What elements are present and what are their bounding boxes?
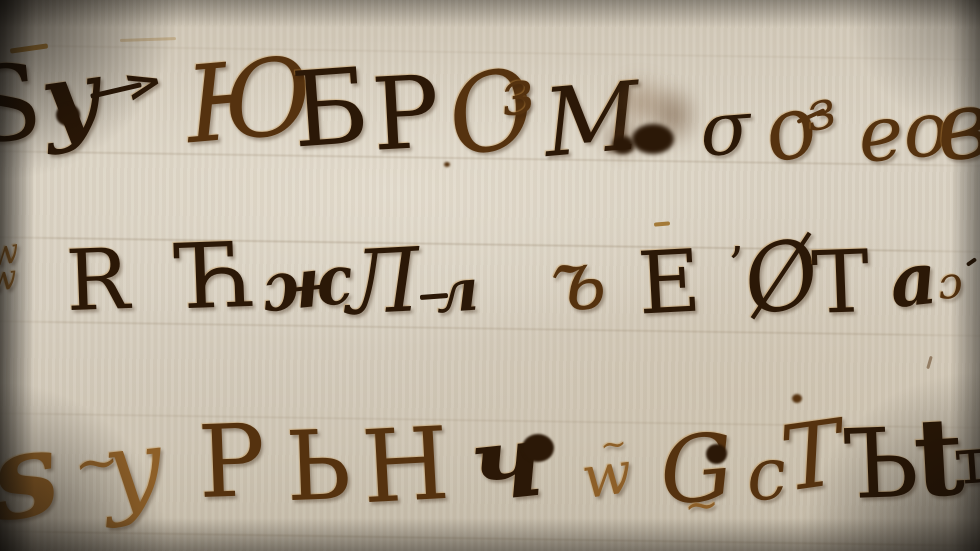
manuscript-photo: Ѕу>ЮБРОзМσозеовwwRЋжЛлъЕ’ØТаɔѕ~уРЬНчw~G~… — [0, 0, 980, 551]
ink-speck-dash — [654, 221, 670, 226]
ink-speck — [444, 162, 450, 167]
ink-marks — [0, 0, 980, 551]
ink-lead-l — [420, 293, 448, 300]
ink-slash-oz — [796, 108, 825, 124]
ink-speck-mid — [792, 394, 802, 403]
ink-blot-core2 — [612, 136, 634, 154]
ink-dot-g — [706, 444, 727, 464]
ink-tail-u — [90, 82, 142, 99]
ink-blot-core — [632, 124, 674, 154]
ink-dot-ch — [522, 434, 554, 462]
scratch — [926, 356, 932, 369]
ink-stroke-topleft — [10, 43, 48, 53]
ink-tick-row2 — [966, 257, 977, 267]
ink-dot-u — [56, 104, 80, 126]
ink-stroke-topleft2 — [120, 37, 176, 42]
